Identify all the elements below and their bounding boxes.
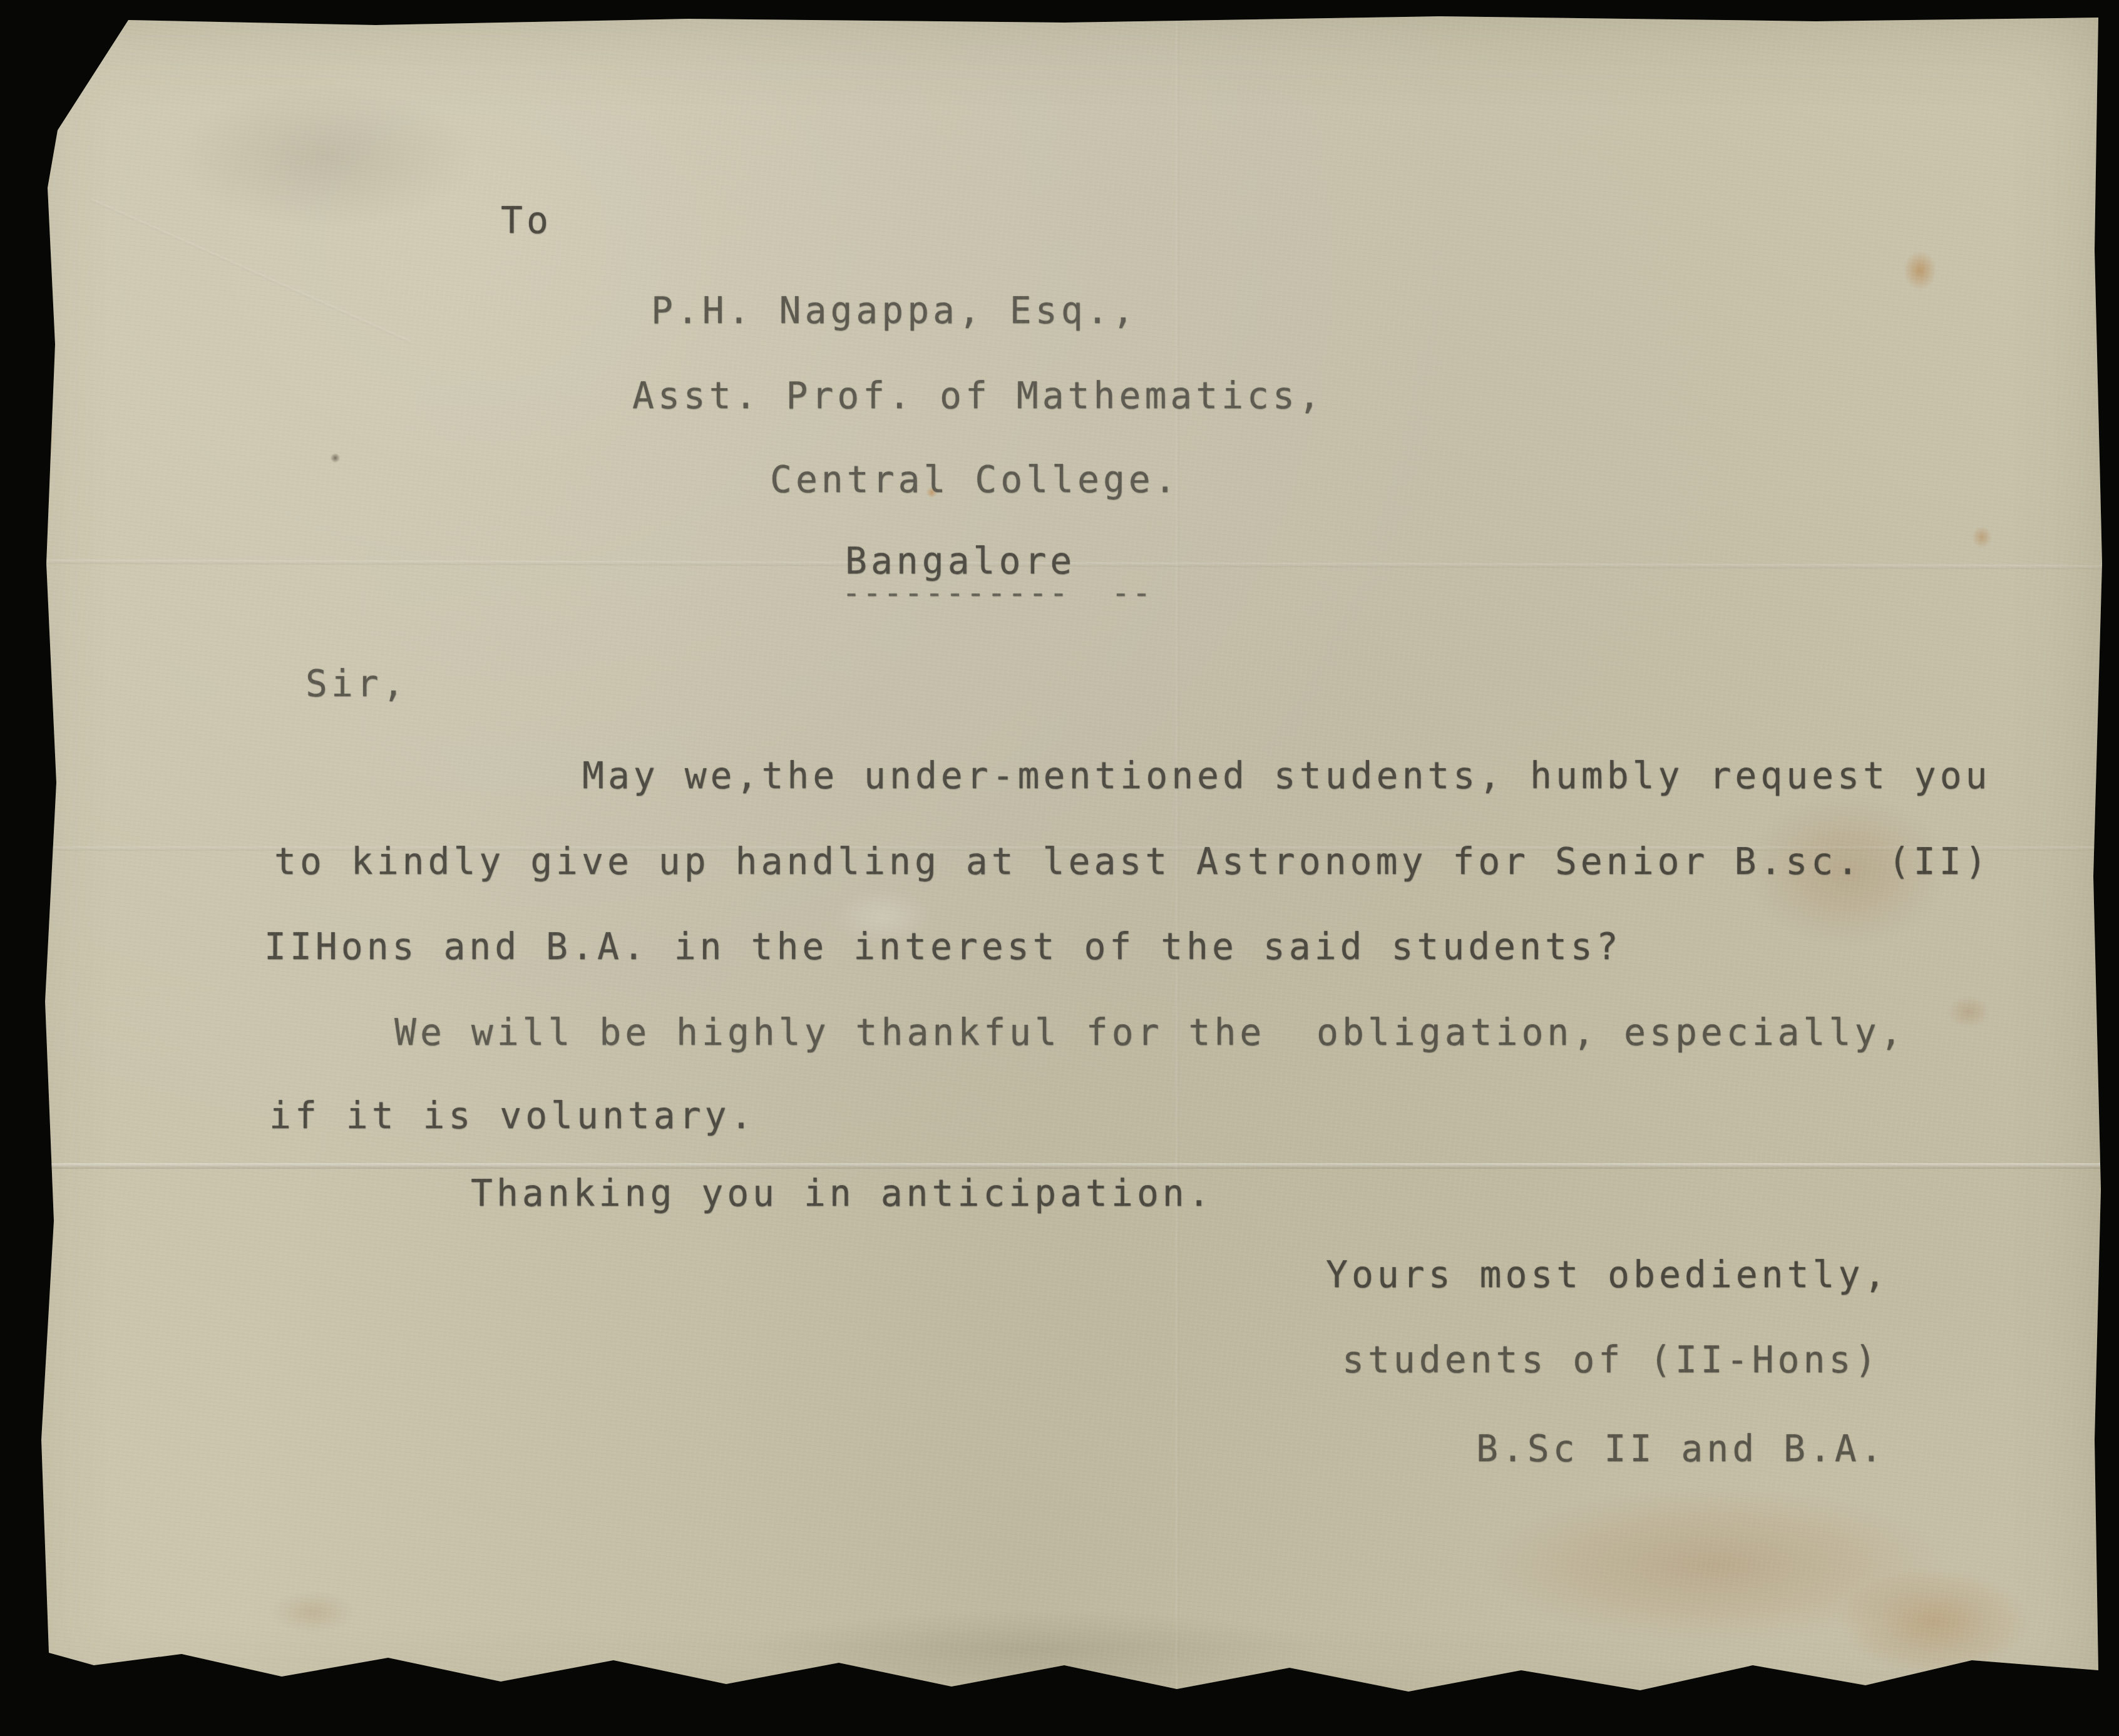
foxing-stain [19, 614, 46, 655]
body-line-5: if it is voluntary. [269, 1094, 756, 1137]
foxing-stain [1903, 250, 1937, 290]
recipient-name-line: P.H. Nagappa, Esq., [651, 289, 1137, 332]
recipient-college-line: Central College. [770, 458, 1180, 501]
closing-line-3: B.Sc II and B.A. [1476, 1427, 1886, 1470]
body-line-1: May we,the under-mentioned students, hum… [582, 754, 1991, 797]
foxing-stain [1947, 995, 1991, 1028]
foxing-stain [1834, 1565, 2034, 1678]
address-underline: ----------- -- [842, 575, 1153, 611]
scan-background: To P.H. Nagappa, Esq., Asst. Prof. of Ma… [0, 0, 2119, 1736]
foxing-stain [24, 407, 55, 470]
ink-speck [331, 453, 340, 463]
paper-shading [169, 81, 482, 232]
body-line-6: Thanking you in anticipation. [471, 1172, 1214, 1215]
recipient-title-line: Asst. Prof. of Mathematics, [632, 374, 1324, 417]
foxing-stain [1459, 1477, 1972, 1653]
body-line-4: We will be highly thankful for the oblig… [394, 1011, 1906, 1054]
paper-shading [739, 1609, 1327, 1690]
to-label: To [501, 199, 552, 242]
fold-crease-horizontal-lower [0, 1163, 2119, 1169]
foxing-stain [269, 1590, 357, 1634]
letter-paper: To P.H. Nagappa, Esq., Asst. Prof. of Ma… [0, 0, 2119, 1736]
fold-crease-diagonal [90, 198, 411, 343]
closing-line-1: Yours most obediently, [1326, 1253, 1889, 1296]
body-line-2: to kindly give up handling at least Astr… [274, 840, 1991, 883]
closing-line-2: students of (II-Hons) [1342, 1338, 1880, 1381]
salutation-line: Sir, [305, 662, 408, 705]
foxing-stain [1972, 526, 1992, 548]
body-line-3: IIHons and B.A. in the interest of the s… [264, 925, 1622, 968]
